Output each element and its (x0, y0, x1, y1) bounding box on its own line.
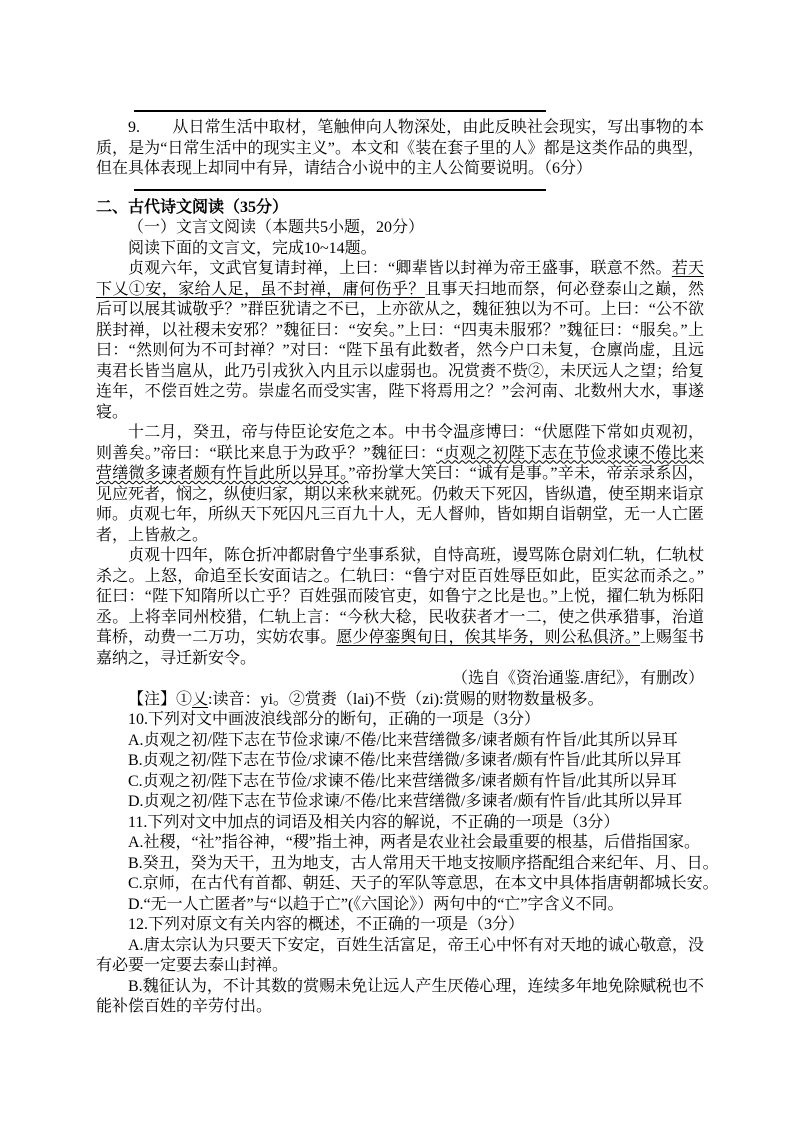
passage-segment: 【注】① (128, 691, 192, 708)
question-10-option-a: A.贞观之初/陛下志在节俭求谏/不倦/比来营缮微多/谏者颇有忤旨/此其所以异耳 (96, 731, 704, 752)
question-10-option-b: B.贞观之初/陛下志在节俭/求谏不倦/比来营缮微/多谏者/颇有忤旨/此其所以异耳 (96, 751, 704, 772)
divider-line-top (134, 110, 546, 112)
question-10-option-d: D.贞观之初/陛下志在节俭求谏/不倦/比来营缮微/多谏者/颇有忤旨/此其所以异耳 (96, 792, 704, 813)
question-11-option-b: B.癸丑，癸为天干，丑为地支，古人常用天干地支按顺序搭配组合来纪年、月、日。 (96, 854, 704, 875)
passage-note: 【注】①乂:读音：yi。②赏赉（lai)不赀（zi):赏赐的财物数量极多。 (96, 690, 704, 711)
passage-paragraph-2: 十二月，癸丑，帝与侍臣论安危之本。中书令温彦博曰：“伏愿陛下常如贞观初，则善矣。… (96, 423, 704, 546)
question-11-option-c: C.京师，在古代有首都、朝廷、天子的军队等意思，在本文中具体指唐朝都城长安。 (96, 874, 704, 895)
question-11-option-d: D.“无一人亡匿者”与“以趋于亡”(《六国论》）两句中的“亡”字含义不同。 (96, 895, 704, 916)
passage-segment: 贞观六年，文武官复请封禅，上曰：“卿辈皆以封禅为帝王盛事，联意不然。 (128, 260, 672, 277)
section-heading: 二、古代诗文阅读（35分） (96, 198, 704, 219)
subsection-heading: （一）文言文阅读（本题共5小题，20分） (96, 218, 704, 239)
passage-segment: 乂 (192, 691, 208, 708)
question-11-stem: 11.下列对文中加点的词语及相关内容的解说，不正确的一项是（3分） (96, 813, 704, 834)
passage-instruction: 阅读下面的文言文，完成10~14题。 (96, 239, 704, 260)
question-11-option-a: A.社稷，“社”指谷神，“稷”指土神，两者是农业社会最重要的根基，后借指国家。 (96, 833, 704, 854)
passage-paragraph-1: 贞观六年，文武官复请封禅，上曰：“卿辈皆以封禅为帝王盛事，联意不然。若天下乂①安… (96, 259, 704, 423)
question-12-stem: 12.下列对原文有关内容的概述，不正确的一项是（3分） (96, 915, 704, 936)
question-12-option-b: B.魏征认为，不计其数的赏赐未免让远人产生厌倦心理，连续多年地免除赋税也不能补偿… (96, 977, 704, 1018)
passage-segment: :读音：yi。②赏赉（lai)不赀（zi):赏赐的财物数量极多。 (208, 691, 604, 708)
question-10-option-c: C.贞观之初/陛下志在节俭/求谏不倦/比来营缮微多/谏者颇有忤旨/此其所以异耳 (96, 772, 704, 793)
divider-line-bottom (134, 189, 546, 191)
question-12-option-a: A.唐太宗认为只要天下安定，百姓生活富足，帝王心中怀有对天地的诚心敬意，没有必要… (96, 936, 704, 977)
exam-page: 9. 从日常生活中取材，笔触伸向人物深处，由此反映社会现实，写出事物的本质，是为… (0, 0, 794, 1123)
passage-segment: 且事天扫地而祭，何必登泰山之巅，然后可以展其诚敬乎？”群臣犹请之不已，上亦欲从之… (96, 281, 704, 421)
passage-segment: 愿少停銮舆旬日，俟其毕务，则公私俱济。” (336, 629, 640, 646)
passage-paragraph-3: 贞观十四年，陈仓折冲都尉鲁宁坐事系狱，自恃高班，谩骂陈仓尉刘仁轨，仁轨杖杀之。上… (96, 546, 704, 669)
exam-content: 9. 从日常生活中取材，笔触伸向人物深处，由此反映社会现实，写出事物的本质，是为… (96, 110, 704, 1018)
passage-source: （选自《资治通鉴.唐纪》，有删改） (96, 669, 704, 690)
question-10-stem: 10.下列对文中画波浪线部分的断句，正确的一项是（3分） (96, 710, 704, 731)
question-9: 9. 从日常生活中取材，笔触伸向人物深处，由此反映社会现实，写出事物的本质，是为… (96, 118, 704, 180)
